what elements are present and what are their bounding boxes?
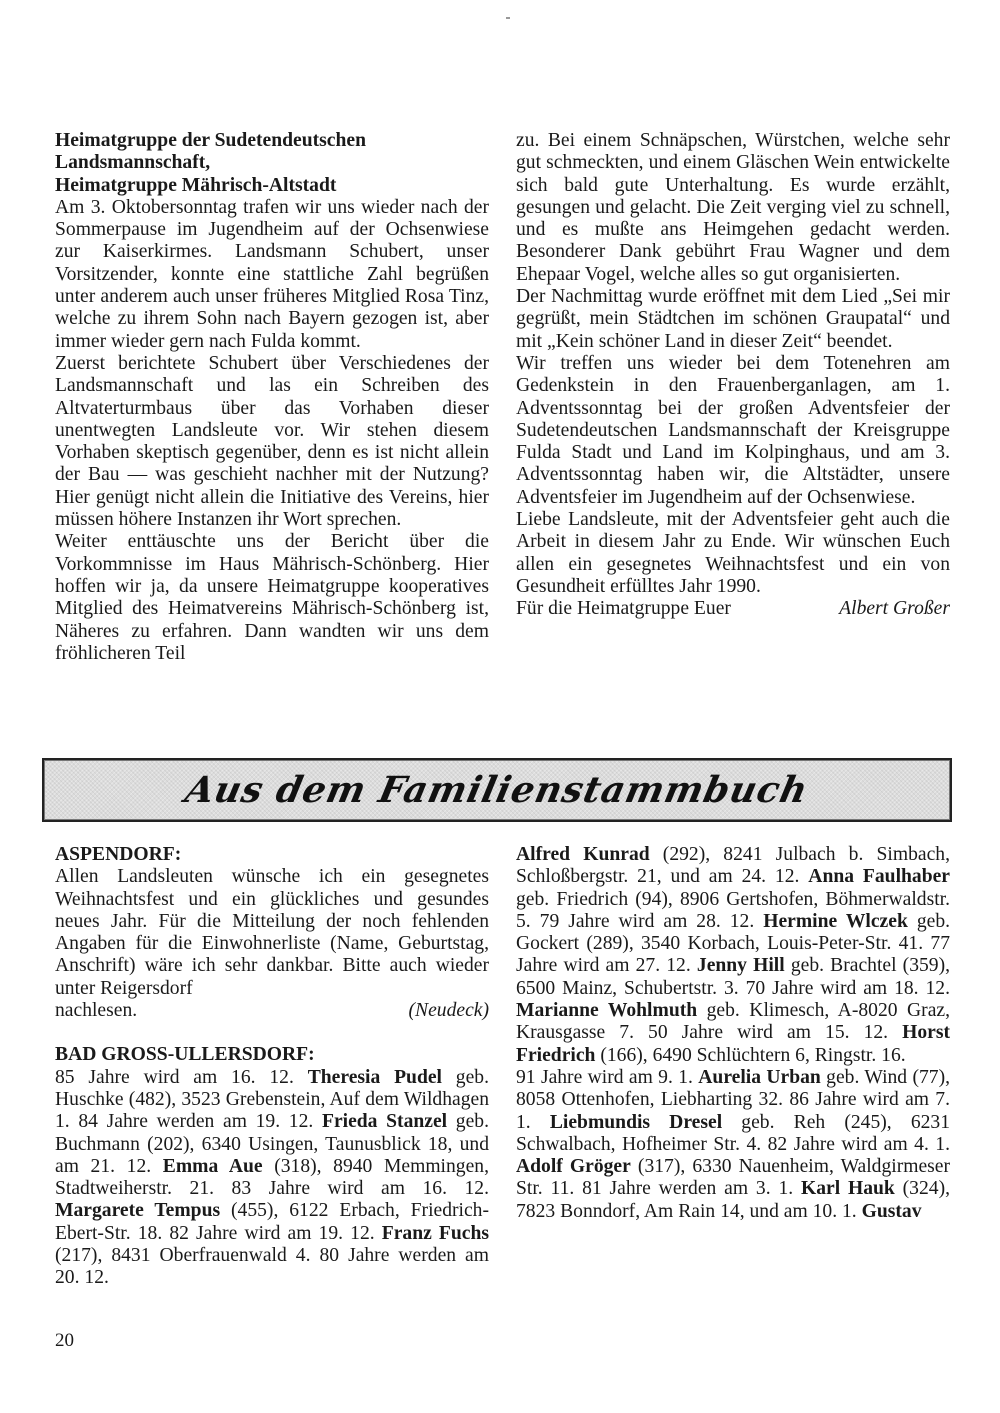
person-name: Theresia Pudel — [308, 1067, 442, 1088]
birthday-paragraph: 91 Jahre wird am 9. 1. Aurelia Urban geb… — [516, 1067, 950, 1223]
heading-line: Heimatgruppe der Sudetendeutschen — [55, 130, 489, 152]
paragraph: Zuerst berichtete Schubert über Verschie… — [55, 353, 489, 531]
family-register-right-column: Alfred Kunrad (292), 8241 Julbach b. Sim… — [516, 844, 950, 1223]
author-credit: (Neudeck) — [409, 1000, 490, 1022]
article-heimatgruppe-left-column: Heimatgruppe der Sudetendeutschen Landsm… — [55, 130, 489, 665]
paragraph: Der Nachmittag wurde eröffnet mit dem Li… — [516, 286, 950, 353]
person-name: Adolf Gröger — [516, 1156, 631, 1177]
credit-line: nachlesen. (Neudeck) — [55, 1000, 489, 1022]
person-name: Ma­rianne Wohlmuth — [516, 1000, 697, 1021]
banner-title: Aus dem Familienstammbuch — [182, 769, 813, 811]
birthday-paragraph: Alfred Kunrad (292), 8241 Julbach b. Sim… — [516, 844, 950, 1067]
person-name: Alfred Kunrad — [516, 844, 650, 865]
person-name: Anna Faul­haber — [808, 866, 950, 887]
person-name: Hermine Wlczek — [763, 911, 908, 932]
person-name: Jenny Hill — [697, 955, 785, 976]
person-name: Emma Aue — [163, 1156, 263, 1177]
person-name: Liebmundis Dresel — [550, 1112, 722, 1133]
person-name: Gustav — [862, 1201, 922, 1222]
section-banner: Aus dem Familienstammbuch — [42, 758, 952, 822]
birthday-paragraph: 85 Jahre wird am 16. 12. Theresia Pudel … — [55, 1067, 489, 1290]
paragraph: Liebe Landsleute, mit der Adventsfeier g… — [516, 509, 950, 598]
heading-line: Heimatgruppe Mährisch-Altstadt — [55, 175, 489, 197]
article-heading: Heimatgruppe der Sudetendeutschen Landsm… — [55, 130, 489, 197]
person-name: Franz Fuchs — [382, 1223, 489, 1244]
paragraph: Allen Landsleuten wünsche ich ein gesegn… — [55, 866, 489, 1000]
paragraph: Weiter enttäuschte uns der Bericht über … — [55, 531, 489, 665]
signature-line: Für die Heimatgruppe Euer Albert Großer — [516, 598, 950, 620]
paragraph-text: Allen Landsleuten wünsche ich ein gesegn… — [55, 866, 489, 998]
page-number: 20 — [55, 1330, 74, 1352]
scan-speck — [506, 17, 510, 19]
person-name: Aurelia Urban — [698, 1067, 821, 1088]
signature-name: Albert Großer — [839, 598, 950, 620]
last-word: nachlesen. — [55, 1000, 137, 1022]
person-name: Karl Hauk — [801, 1178, 895, 1199]
person-name: Margarete Tempus — [55, 1200, 220, 1221]
paragraph: Wir treffen uns wieder bei dem Totenehre… — [516, 353, 950, 509]
section-heading-bad-gross-ullersdorf: BAD GROSS-ULLERSDORF: — [55, 1044, 489, 1066]
paragraph: Am 3. Oktobersonntag trafen wir uns wied… — [55, 197, 489, 353]
family-register-left-column: ASPENDORF: Allen Landsleuten wünsche ich… — [55, 844, 489, 1290]
person-name: Frie­da Stanzel — [322, 1111, 447, 1132]
section-heading-aspendorf: ASPENDORF: — [55, 844, 489, 866]
paragraph: zu. Bei einem Schnäpschen, Würstchen, we… — [516, 130, 950, 286]
spacer — [55, 1022, 489, 1044]
heading-line: Landsmannschaft, — [55, 152, 489, 174]
signoff-text: Für die Heimatgruppe Euer — [516, 598, 731, 620]
article-heimatgruppe-right-column: zu. Bei einem Schnäpschen, Würstchen, we… — [516, 130, 950, 621]
